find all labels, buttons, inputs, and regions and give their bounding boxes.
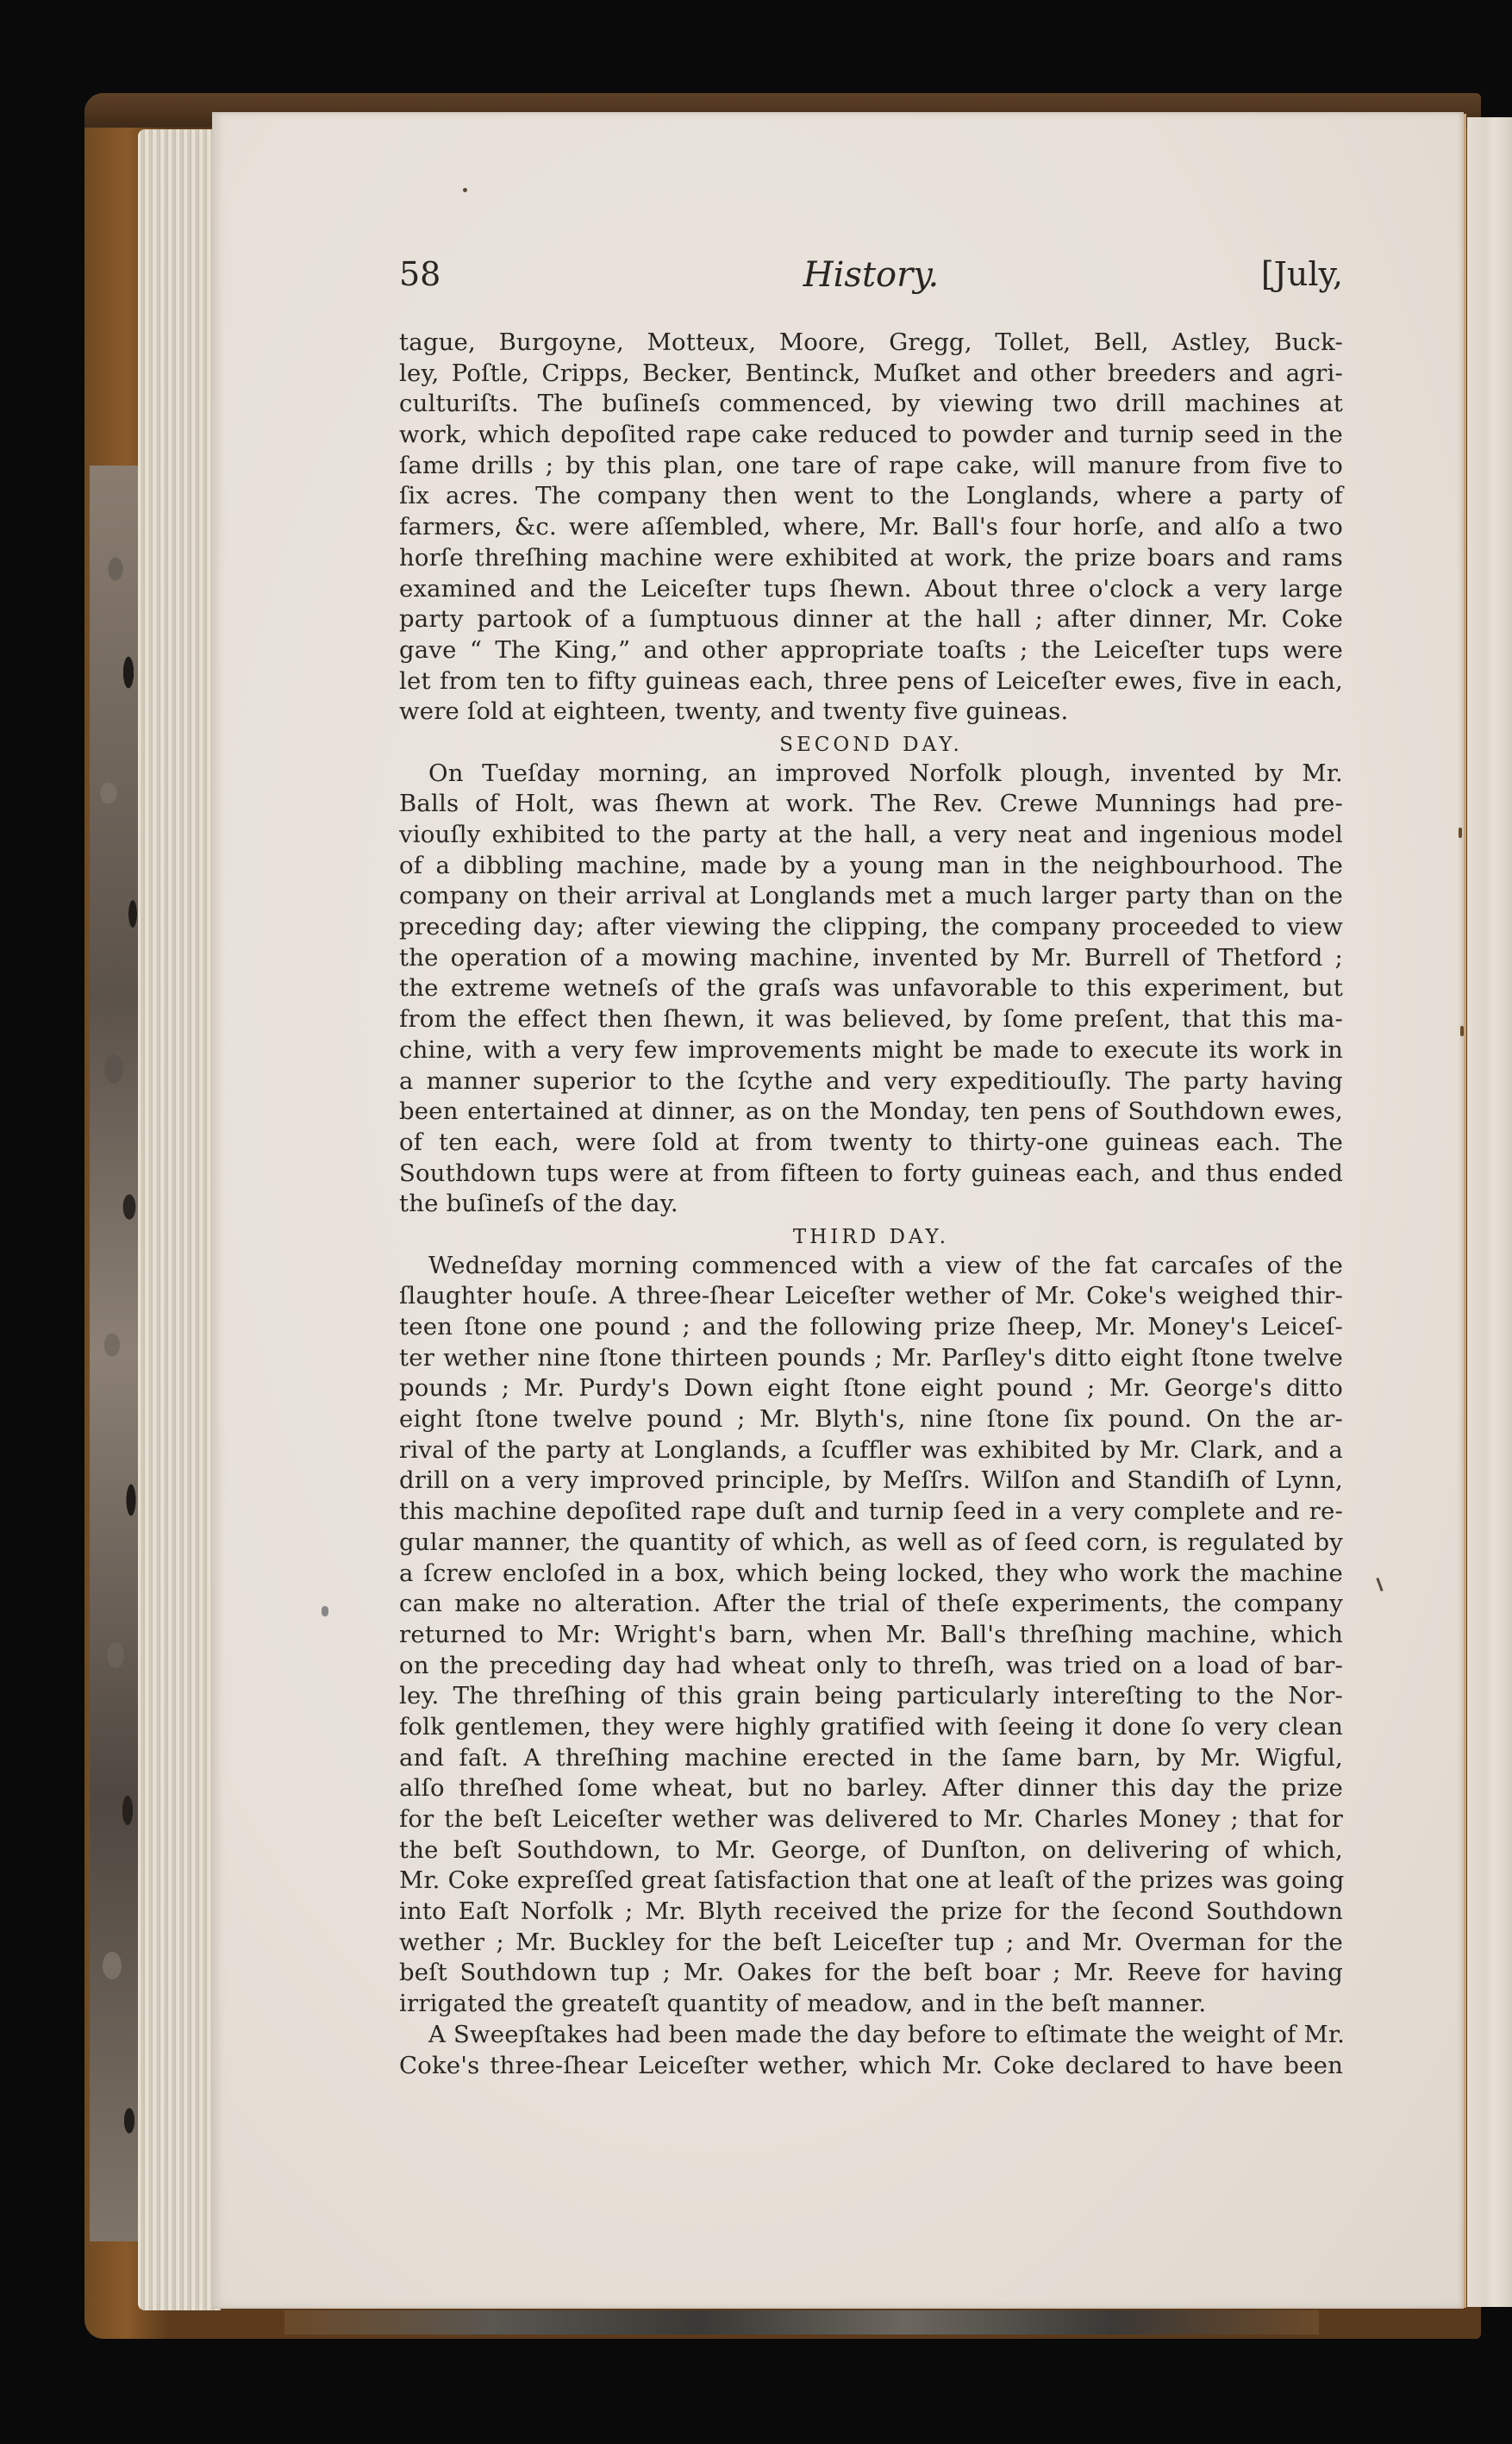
facing-page-edge [1467, 117, 1512, 2307]
text-line: chine, with a very few improvements migh… [399, 1035, 1343, 1066]
text-line: drill on a very improved principle, by M… [399, 1466, 1343, 1497]
text-line: beſt Southdown tup ; Mr. Oakes for the b… [399, 1958, 1343, 1989]
text-line: ſame drills ; by this plan, one tare of … [399, 451, 1343, 482]
text-line: folk gentlemen, they were highly gratifi… [399, 1712, 1343, 1743]
text-line: alſo threſhed ſome wheat, but no barley.… [399, 1773, 1343, 1804]
text-line: for the beſt Leiceſter wether was delive… [399, 1804, 1343, 1835]
text-line: the beſt Southdown, to Mr. George, of Du… [399, 1835, 1343, 1866]
text-line: Wedneſday morning commenced with a view … [399, 1251, 1343, 1282]
text-line: On Tueſday morning, an improved Norfolk … [399, 759, 1343, 790]
text-line: work, which depoſited rape cake reduced … [399, 420, 1343, 451]
text-line: a manner superior to the ſcythe and very… [399, 1066, 1343, 1097]
text-line: can make no alteration. After the trial … [399, 1589, 1343, 1620]
text-line: preceding day; after viewing the clippin… [399, 912, 1343, 943]
text-line: tague, Burgoyne, Motteux, Moore, Gregg, … [399, 328, 1343, 359]
margin-mark [1460, 1026, 1464, 1036]
paper-speck [463, 188, 467, 192]
margin-mark [1459, 828, 1462, 838]
text-line: irrigated the greateſt quantity of meado… [399, 1989, 1343, 2020]
text-line: ley. The threſhing of this grain being p… [399, 1681, 1343, 1712]
text-line: and faſt. A threſhing machine erected in… [399, 1743, 1343, 1774]
text-line: gave “ The King,” and other appropriate … [399, 635, 1343, 666]
text-line: Coke's three-ſhear Leiceſter wether, whi… [399, 2051, 1343, 2082]
running-head: 58 History. [July, [399, 255, 1343, 297]
text-line: ſix acres. The company then went to the … [399, 481, 1343, 512]
running-title: History. [399, 255, 1343, 295]
text-line: of a dibbling machine, made by a young m… [399, 851, 1343, 882]
text-line: farmers, &c. were aſſembled, where, Mr. … [399, 512, 1343, 543]
text-line: this machine depoſited rape duſt and tur… [399, 1497, 1343, 1528]
text-line: eight ſtone twelve pound ; Mr. Blyth's, … [399, 1404, 1343, 1435]
text-line: were ſold at eighteen, twenty, and twent… [399, 697, 1343, 728]
text-line: let from ten to fifty guineas each, thre… [399, 666, 1343, 697]
text-line: Balls of Holt, was ſhewn at work. The Re… [399, 789, 1343, 820]
text-line: the extreme wetneſs of the graſs was unf… [399, 973, 1343, 1004]
text-line: returned to Mr: Wright's barn, when Mr. … [399, 1620, 1343, 1651]
text-line: been entertained at dinner, as on the Mo… [399, 1097, 1343, 1128]
text-line: ley, Poſtle, Cripps, Becker, Bentinck, M… [399, 359, 1343, 390]
text-line: A Sweepſtakes had been made the day befo… [399, 2020, 1343, 2051]
text-line: rival of the party at Longlands, a ſcuff… [399, 1435, 1343, 1466]
running-date: [July, [1261, 255, 1343, 293]
page-fore-edge [1464, 114, 1466, 2308]
text-line: horſe threſhing machine were exhibited a… [399, 543, 1343, 574]
text-line: the buſineſs of the day. [399, 1189, 1343, 1220]
text-line: ter wether nine ſtone thirteen pounds ; … [399, 1343, 1343, 1374]
text-line: culturiſts. The buſineſs commenced, by v… [399, 389, 1343, 420]
text-line: examined and the Leiceſter tups ſhewn. A… [399, 574, 1343, 605]
text-line: teen ſtone one pound ; and the following… [399, 1312, 1343, 1343]
paragraph-2: On Tueſday morning, an improved Norfolk … [399, 759, 1343, 1220]
text-line: wether ; Mr. Buckley for the beſt Leiceſ… [399, 1928, 1343, 1959]
text-line: gular manner, the quantity of which, as … [399, 1528, 1343, 1559]
text-line: into Eaſt Norfolk ; Mr. Blyth received t… [399, 1897, 1343, 1928]
text-line: Mr. Coke expreſſed great ſatisfaction th… [399, 1866, 1343, 1897]
paper-speck [322, 1606, 328, 1616]
text-line: party partook of a ſumptuous dinner at t… [399, 604, 1343, 635]
paragraph-4: A Sweepſtakes had been made the day befo… [399, 2020, 1343, 2081]
text-line: viouſly exhibited to the party at the ha… [399, 820, 1343, 851]
text-line: a ſcrew encloſed in a box, which being l… [399, 1559, 1343, 1590]
text-line: ſlaughter houſe. A three-ſhear Leiceſter… [399, 1281, 1343, 1312]
paragraph-3: Wedneſday morning commenced with a view … [399, 1251, 1343, 2020]
page-block-edges [138, 129, 221, 2310]
text-line: company on their arrival at Longlands me… [399, 881, 1343, 912]
section-heading-second-day: SECOND DAY. [399, 728, 1343, 759]
text-line: Southdown tups were at from fifteen to f… [399, 1159, 1343, 1190]
body-text: tague, Burgoyne, Motteux, Moore, Gregg, … [399, 328, 1343, 2081]
text-line: on the preceding day had wheat only to t… [399, 1651, 1343, 1682]
text-line: from the effect then ſhewn, it was belie… [399, 1004, 1343, 1035]
text-line: the operation of a mowing machine, inven… [399, 943, 1343, 974]
text-line: pounds ; Mr. Purdy's Down eight ſtone ei… [399, 1373, 1343, 1404]
marbled-bottom-edge [284, 2310, 1319, 2335]
section-heading-third-day: THIRD DAY. [399, 1220, 1343, 1251]
text-line: of ten each, were ſold at from twenty to… [399, 1128, 1343, 1159]
paragraph-1: tague, Burgoyne, Motteux, Moore, Gregg, … [399, 328, 1343, 728]
